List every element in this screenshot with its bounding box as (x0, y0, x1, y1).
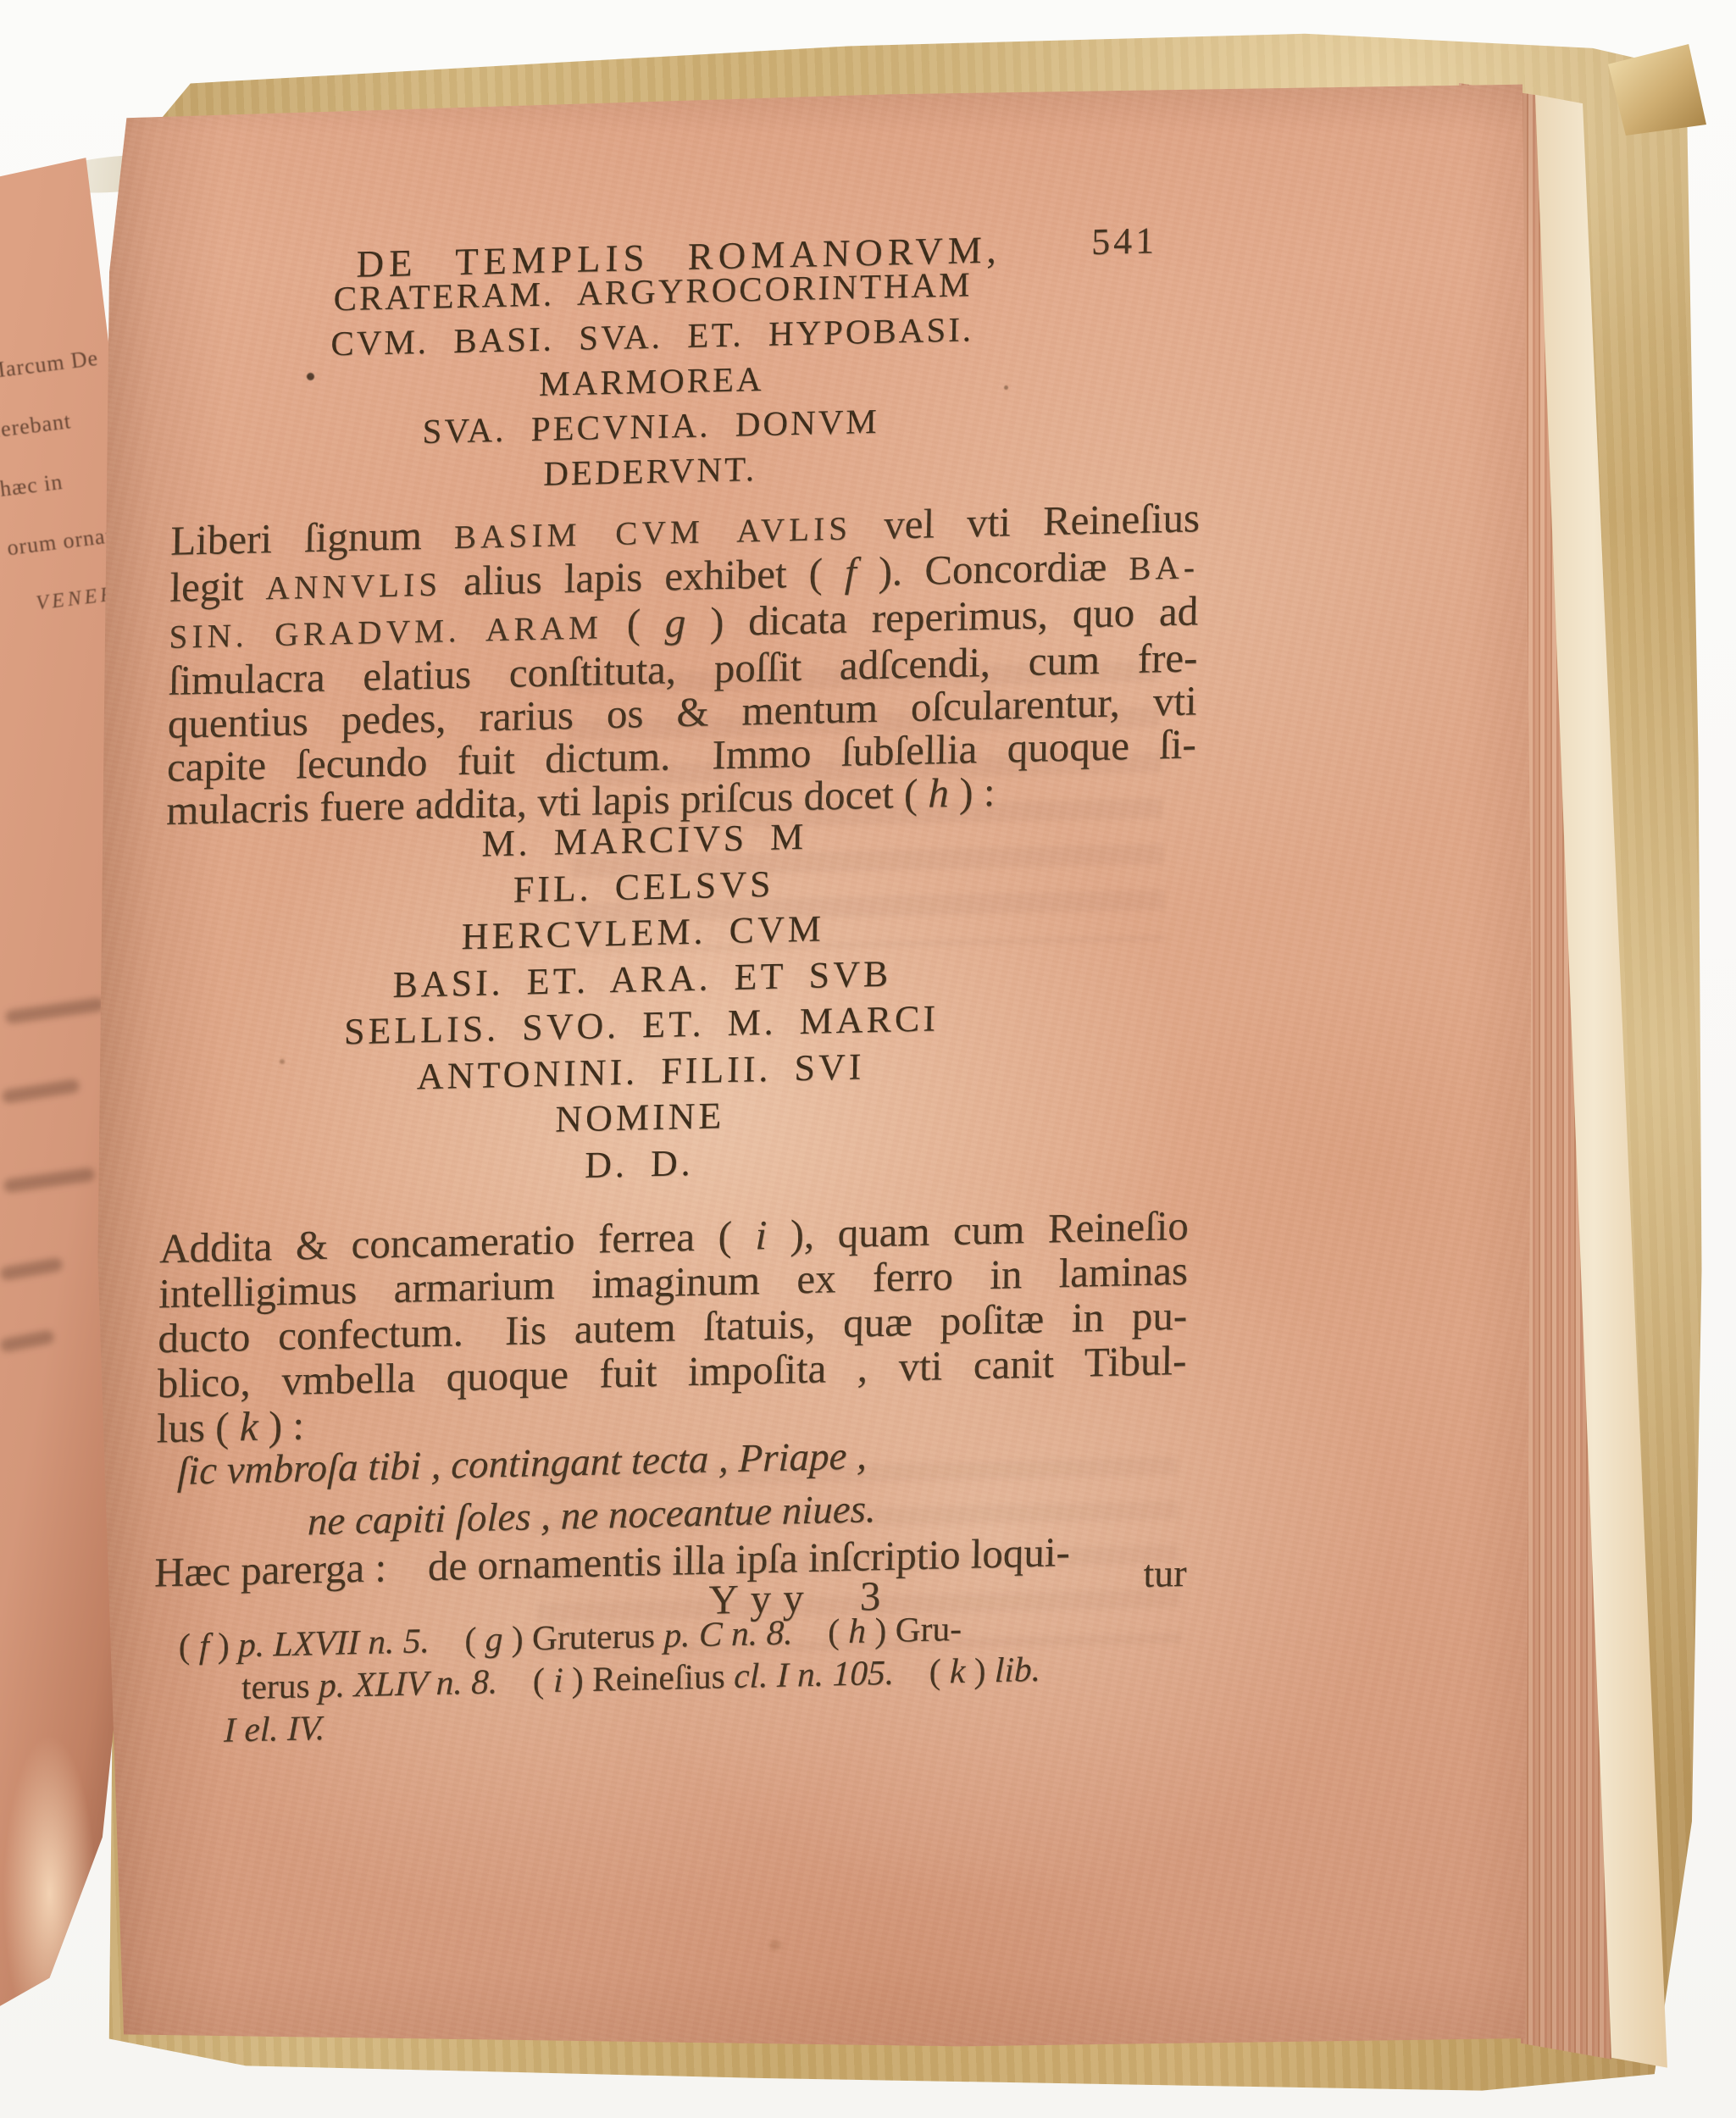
page-content: DE TEMPLIS ROMANORVM, 541 CRATERAM. ARGY… (80, 54, 1553, 2064)
blurred-text-line (0, 1329, 55, 1353)
body-paragraph-1: Liberi ſignum BASIM CVM AVLIS vel vti Re… (166, 496, 1200, 832)
blurred-text-line (4, 997, 105, 1024)
book-page: DE TEMPLIS ROMANORVM, 541 CRATERAM. ARGY… (95, 75, 1537, 2050)
blurred-text-line (1, 1078, 80, 1104)
dedication-inscription: CRATERAM. ARGYROCORINTHAMCVM. BASI. SVA.… (171, 258, 1132, 505)
page-number: 541 (1091, 219, 1158, 263)
blurred-text-line (3, 1167, 95, 1194)
photo-scene: Marcum Deferebanthæc inorum ornamVENER. … (0, 0, 1736, 2118)
catchword: tur (1143, 1550, 1187, 1596)
text-line: Marcum De (0, 345, 121, 383)
footnotes: ( f ) p. LXVII n. 5. ( g ) Gruterus p. C… (152, 1602, 1183, 1753)
roman-inscription: M. MARCIVS MFIL. CELSVSHERCVLEM. CVMBASI… (160, 807, 1123, 1198)
body-paragraph-2: Addita & concameratio ferrea ( i ), quam… (156, 1203, 1189, 1451)
blurred-text-line (0, 1257, 64, 1282)
